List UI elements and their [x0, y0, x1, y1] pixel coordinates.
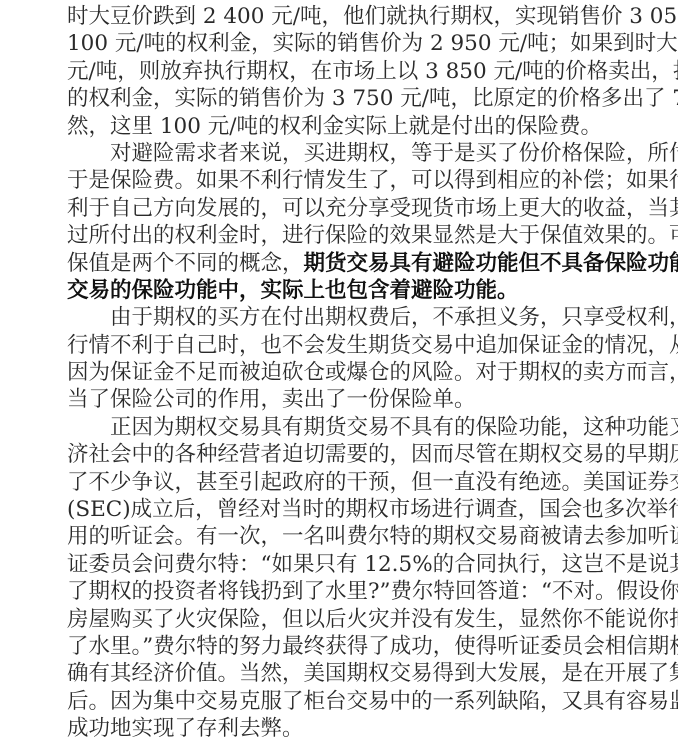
text-run: 了不少争议，甚至引起政府的干预，但一直没有绝迹。美国证券交易委员会: [67, 470, 678, 495]
text-run: (SEC)成立后，曾经对当时的期权市场进行调查，国会也多次举行有关期权作: [67, 497, 678, 522]
text-line: 了不少争议，甚至引起政府的干预，但一直没有绝迹。美国证券交易委员会: [67, 469, 629, 496]
text-run: 济社会中的各种经营者迫切需要的，因而尽管在期权交易的早期历史中引发: [67, 442, 678, 467]
text-run: 过所付出的权利金时，进行保险的效果显然是大于保值效果的。可见，保险与: [67, 223, 678, 248]
text-run: 于是保险费。如果不利行情发生了，可以得到相应的补偿；如果行情是朝着有: [67, 168, 678, 193]
text-run: 然，这里 100 元/吨的权利金实际上就是付出的保险费。: [67, 114, 602, 139]
text-line: 成功地实现了存利去弊。: [67, 715, 629, 742]
paragraph: 正因为期权交易具有期货交易不具有的保险功能，这种功能又是现代经济社会中的各种经营…: [67, 414, 629, 742]
text-line: 确有其经济价值。当然，美国期权交易得到大发展，是在开展了集中交易之: [67, 660, 629, 687]
text-line: 后。因为集中交易克服了柜台交易中的一系列缺陷，又具有容易监管的特点，: [67, 688, 629, 715]
text-run: 确有其经济价值。当然，美国期权交易得到大发展，是在开展了集中交易之: [67, 661, 678, 686]
bold-text-run: 期货交易具有避险功能但不具备保险功能；而在期权: [304, 251, 678, 276]
text-line: 于是保险费。如果不利行情发生了，可以得到相应的补偿；如果行情是朝着有: [67, 167, 629, 194]
text-line: 由于期权的买方在付出期权费后，不承担义务，只享受权利，因此，即使在: [67, 304, 629, 331]
text-run: 对避险需求者来说，买进期权，等于是买了份价格保险，所付的期权费等: [110, 141, 678, 166]
text-line: 利于自己方向发展的，可以充分享受现货市场上更大的收益，当其中的差价超: [67, 195, 629, 222]
text-run: 因为保证金不足而被迫砍仓或爆仓的风险。对于期权的卖方而言，相当于担: [67, 360, 678, 385]
text-run: 保值是两个不同的概念，: [67, 251, 304, 276]
text-line: 济社会中的各种经营者迫切需要的，因而尽管在期权交易的早期历史中引发: [67, 441, 629, 468]
text-line: 100 元/吨的权利金，实际的销售价为 2 950 元/吨；如果到时大豆价涨到 …: [67, 30, 629, 57]
text-line: 行情不利于自己时，也不会发生期货交易中追加保证金的情况，从而不会发生: [67, 332, 629, 359]
text-line: 证委员会问费尔特：“如果只有 12.5%的合同执行，这岂不是说其他 87.5%买: [67, 551, 629, 578]
text-run: 当了保险公司的作用，卖出了一份保险单。: [67, 387, 476, 412]
text-line: 然，这里 100 元/吨的权利金实际上就是付出的保险费。: [67, 113, 629, 140]
text-line: 交易的保险功能中，实际上也包含着避险功能。: [67, 277, 629, 304]
text-line: 过所付出的权利金时，进行保险的效果显然是大于保值效果的。可见，保险与: [67, 222, 629, 249]
text-run: 由于期权的买方在付出期权费后，不承担义务，只享受权利，因此，即使在: [110, 305, 678, 330]
text-line: 正因为期权交易具有期货交易不具有的保险功能，这种功能又是现代经: [67, 414, 629, 441]
text-run: 证委员会问费尔特：“如果只有 12.5%的合同执行，这岂不是说其他 87.5%买: [67, 552, 678, 577]
text-line: 房屋购买了火灾保险，但以后火灾并没有发生，显然你不能说你把保险费扔到: [67, 606, 629, 633]
text-run: 正因为期权交易具有期货交易不具有的保险功能，这种功能又是现代经: [110, 415, 678, 440]
text-line: 因为保证金不足而被迫砍仓或爆仓的风险。对于期权的卖方而言，相当于担: [67, 359, 629, 386]
bold-text-run: 交易的保险功能中，实际上也包含着避险功能。: [67, 278, 519, 303]
text-line: (SEC)成立后，曾经对当时的期权市场进行调查，国会也多次举行有关期权作: [67, 496, 629, 523]
document-page: 时大豆价跌到 2 400 元/吨，他们就执行期权，实现销售价 3 050 元/吨…: [67, 3, 629, 742]
text-run: 100 元/吨的权利金，实际的销售价为 2 950 元/吨；如果到时大豆价涨到 …: [67, 31, 678, 56]
text-line: 了水里。”费尔特的努力最终获得了成功，使得听证委员会相信期权的存在的: [67, 633, 629, 660]
text-line: 保值是两个不同的概念，期货交易具有避险功能但不具备保险功能；而在期权: [67, 250, 629, 277]
text-run: 用的听证会。有一次，一名叫费尔特的期权交易商被请去参加听证会。当听: [67, 524, 678, 549]
text-run: 行情不利于自己时，也不会发生期货交易中追加保证金的情况，从而不会发生: [67, 333, 678, 358]
text-line: 时大豆价跌到 2 400 元/吨，他们就执行期权，实现销售价 3 050 元/吨…: [67, 3, 629, 30]
text-run: 利于自己方向发展的，可以充分享受现货市场上更大的收益，当其中的差价超: [67, 196, 678, 221]
text-run: 的权利金，实际的销售价为 3 750 元/吨，比原定的价格多出了 750 元/吨…: [67, 86, 678, 111]
text-line: 元/吨，则放弃执行期权，在市场上以 3 850 元/吨的价格卖出，扣除 100 …: [67, 58, 629, 85]
paragraph: 时大豆价跌到 2 400 元/吨，他们就执行期权，实现销售价 3 050 元/吨…: [67, 3, 629, 140]
text-run: 成功地实现了存利去弊。: [67, 716, 304, 741]
text-run: 房屋购买了火灾保险，但以后火灾并没有发生，显然你不能说你把保险费扔到: [67, 607, 678, 632]
text-run: 了期权的投资者将钱扔到了水里?”费尔特回答道：“不对。假设你为自己的: [67, 579, 678, 604]
text-run: 了水里。”费尔特的努力最终获得了成功，使得听证委员会相信期权的存在的: [67, 634, 678, 659]
text-line: 当了保险公司的作用，卖出了一份保险单。: [67, 386, 629, 413]
text-run: 后。因为集中交易克服了柜台交易中的一系列缺陷，又具有容易监管的特点，: [67, 689, 678, 714]
text-run: 元/吨，则放弃执行期权，在市场上以 3 850 元/吨的价格卖出，扣除 100 …: [67, 59, 678, 84]
text-line: 了期权的投资者将钱扔到了水里?”费尔特回答道：“不对。假设你为自己的: [67, 578, 629, 605]
text-line: 对避险需求者来说，买进期权，等于是买了份价格保险，所付的期权费等: [67, 140, 629, 167]
text-line: 用的听证会。有一次，一名叫费尔特的期权交易商被请去参加听证会。当听: [67, 523, 629, 550]
text-line: 的权利金，实际的销售价为 3 750 元/吨，比原定的价格多出了 750 元/吨…: [67, 85, 629, 112]
text-run: 时大豆价跌到 2 400 元/吨，他们就执行期权，实现销售价 3 050 元/吨…: [67, 4, 678, 29]
paragraph: 对避险需求者来说，买进期权，等于是买了份价格保险，所付的期权费等于是保险费。如果…: [67, 140, 629, 304]
paragraph: 由于期权的买方在付出期权费后，不承担义务，只享受权利，因此，即使在行情不利于自己…: [67, 304, 629, 414]
